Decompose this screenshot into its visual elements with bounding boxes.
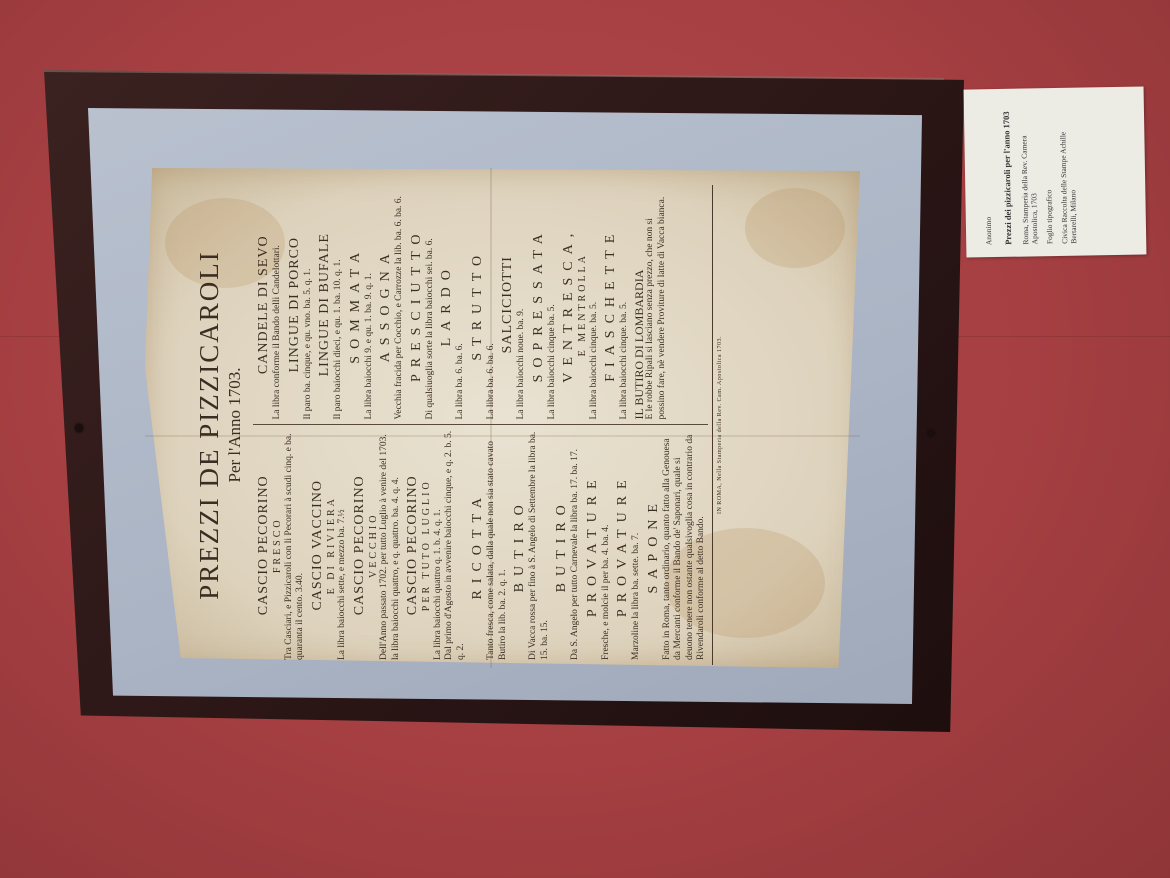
price-entry: La libra baiocchi quattro q. 1. b. 4. q.…	[433, 431, 445, 661]
left-column: CASCIO PECORINOFRESCOTra Casciari, e Piz…	[253, 425, 708, 666]
item-heading: SOPRESSATA	[531, 190, 547, 420]
item-heading: VENTRESCA,	[561, 190, 577, 420]
item-heading: FRESCO	[272, 431, 284, 661]
broadside-text: PREZZI DE PIZZICAROLI Per l'Anno 1703. C…	[188, 185, 778, 665]
caption-collection: Civica Raccolta delle Stampe Achille Ber…	[1058, 106, 1078, 244]
price-entry: La libra baiocchi cinque. ba. 5.	[619, 190, 631, 420]
right-column: CANDELE DI SEVOLa libra conforme il Band…	[253, 185, 708, 425]
item-heading: CASCIO PECORINO	[256, 431, 272, 661]
document-subtitle: Per l'Anno 1703.	[225, 185, 245, 665]
item-heading: STRUTTO	[470, 190, 486, 420]
price-entry: Da S. Angelo per tutto Carnevale la libr…	[570, 431, 582, 661]
caption-text: Anonimo Prezzi dei pizzicaroli per l'ann…	[972, 99, 1143, 252]
caption-medium: Foglio tipografico	[1043, 106, 1054, 244]
wall-nail	[75, 424, 83, 432]
price-entry: La libra baiocchi 9. e qu. 1. ba. 9. q. …	[364, 190, 376, 420]
price-entry: Fresche, e molcie il per ba. 4. ba. 4.	[601, 431, 613, 661]
price-entry: La libra ba. 6. ba. 6.	[486, 190, 498, 420]
price-entry: Marzoline la libra ba. sette. ba. 7.	[631, 431, 643, 661]
price-entry: Tanto fresca, come salata, dalla quale n…	[486, 431, 509, 661]
wall-nail	[928, 430, 934, 436]
item-heading: CASCIO PECORINO	[405, 431, 421, 661]
price-entry: Fatto in Roma, tanto ordinario, quanto f…	[662, 431, 708, 661]
price-entry: La libra conforme il Bando delli Candelo…	[272, 190, 284, 420]
item-heading: LARDO	[439, 190, 455, 420]
museum-caption-label: Anonimo Prezzi dei pizzicaroli per l'ann…	[964, 86, 1147, 257]
item-heading: FIASCHETTE	[603, 190, 619, 420]
item-heading: PROVATURE	[615, 431, 631, 661]
item-heading: SOMMATA	[348, 190, 364, 420]
price-entry: Il paro ba. cinque, e qu. vno. ba. 5. q.…	[303, 190, 315, 420]
item-heading: BUTIRO	[554, 431, 570, 661]
caption-author: Anonimo	[982, 107, 993, 245]
item-heading: PRESCIUTTO	[409, 190, 425, 420]
item-heading: ASSOGNA	[378, 190, 394, 420]
price-entry: Di qualsiuoglia sorte la libra baiocchi …	[425, 190, 437, 420]
price-entry: La libra baiocchi noue. ba. 9.	[516, 190, 528, 420]
caption-publisher: Roma, Stamperia della Rev. Camera Aposto…	[1019, 106, 1039, 244]
item-heading: BUTIRO	[512, 431, 528, 661]
item-heading: CASCIO PECORINO	[352, 431, 368, 661]
price-columns: CASCIO PECORINOFRESCOTra Casciari, e Piz…	[253, 185, 708, 665]
item-heading: VECCHIO	[368, 431, 380, 661]
item-heading: PER TUTO LUGLIO	[421, 431, 433, 661]
item-heading: E DI RIVIERA	[326, 431, 338, 661]
price-entry: Dell'Anno passato 1702. per tutto Luglio…	[379, 431, 402, 661]
price-entry: Dal primo d'Agosto in avvenire baiocchi …	[444, 431, 467, 661]
item-heading: CANDELE DI SEVO	[256, 190, 272, 420]
price-entry: La libra baiocchi cinque ba. 5.	[547, 190, 559, 420]
price-entry: Di Vacca rossa per fino à S. Angelo di S…	[528, 431, 551, 661]
document-title: PREZZI DE PIZZICAROLI	[194, 185, 225, 665]
printer-imprint: IN ROMA, Nella Stamperia della Rev. Cam.…	[717, 185, 723, 665]
item-heading: RICOTTA	[470, 431, 486, 661]
item-heading: PROVATURE	[585, 431, 601, 661]
item-heading: E MENTROLLA	[577, 190, 589, 420]
item-heading: LINGUE DI PORCO	[287, 190, 303, 420]
price-entry: Vecchia fracida per Cocchio, e Carrozze …	[394, 190, 406, 420]
price-entry: La libra baiocchi sette, e mezzo ba. 7.½	[337, 431, 349, 661]
caption-title: Prezzi dei pizzicaroli per l'anno 1703	[1001, 107, 1013, 245]
price-entry: E le robbe Ripali si lasciano senza prez…	[645, 190, 668, 420]
price-entry: Tra Casciari, e Pizzicaroli con li Pecor…	[284, 431, 307, 661]
item-heading: SAPONE	[646, 431, 662, 661]
price-entry: Il paro baiocchi dieci, e qu. 1. ba. 10.…	[333, 190, 345, 420]
item-heading: CASCIO VACCINO	[310, 431, 326, 661]
item-heading: LINGUE DI BUFALE	[317, 190, 333, 420]
bottom-rule	[712, 185, 713, 665]
price-entry: La libra ba. 6. ba. 6.	[455, 190, 467, 420]
item-heading: IL BUTIRO DI LOMBARDIA	[634, 190, 646, 420]
price-entry: La libra baiocchi cinque. ba. 5.	[589, 190, 601, 420]
item-heading: SALCICIOTTI	[500, 190, 516, 420]
